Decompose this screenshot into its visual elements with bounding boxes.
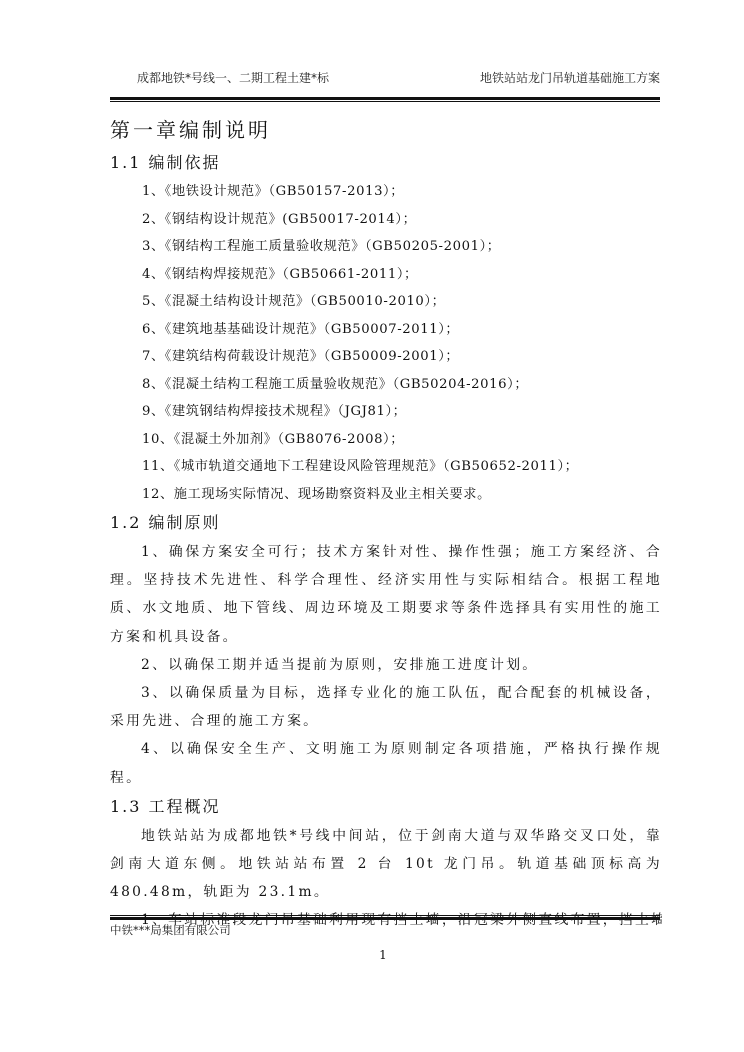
footer-divider-thin [110, 915, 660, 916]
footer-company-name: 中铁***局集团有限公司 [110, 922, 231, 938]
reference-item: 8、《混凝土结构工程施工质量验收规范》（GB50204-2016）； [110, 371, 662, 399]
reference-item: 4、《钢结构焊接规范》（GB50661-2011）； [110, 261, 662, 289]
reference-item: 3、《钢结构工程施工质量验收规范》（GB50205-2001）； [110, 233, 662, 261]
reference-item: 5、《混凝土结构设计规范》（GB50010-2010）； [110, 288, 662, 316]
reference-item: 7、《建筑结构荷载设计规范》（GB50009-2001）； [110, 343, 662, 371]
footer-divider [110, 915, 660, 921]
page-number: 1 [0, 948, 744, 962]
header-divider-thick [110, 97, 660, 100]
chapter-title: 第一章编制说明 [110, 112, 662, 148]
header-divider-thin [110, 101, 660, 102]
header-divider [110, 97, 660, 103]
reference-item: 12、施工现场实际情况、现场勘察资料及业主相关要求。 [110, 481, 662, 509]
reference-item: 1、《地铁设计规范》（GB50157-2013）； [110, 178, 662, 206]
principle-paragraph: 3、以确保质量为目标，选择专业化的施工队伍，配合配套的机械设备，采用先进、合理的… [110, 679, 662, 735]
header-document-title: 地铁站站龙门吊轨道基础施工方案 [480, 69, 660, 86]
section-title-1-3: 1.3 工程概况 [110, 792, 662, 822]
principle-paragraph: 1、确保方案安全可行；技术方案针对性、操作性强；施工方案经济、合理。坚持技术先进… [110, 538, 662, 651]
reference-item: 2、《钢结构设计规范》(GB50017-2014）； [110, 206, 662, 234]
overview-paragraph: 地铁站站为成都地铁*号线中间站，位于剑南大道与双华路交叉口处，靠剑南大道东侧。地… [110, 822, 662, 907]
principle-paragraph: 2、以确保工期并适当提前为原则，安排施工进度计划。 [110, 651, 662, 679]
reference-item: 11、《城市轨道交通地下工程建设风险管理规范》（GB50652-2011）； [110, 453, 662, 481]
section-title-1-1: 1.1 编制依据 [110, 148, 662, 178]
reference-item: 10、《混凝土外加剂》（GB8076-2008）； [110, 426, 662, 454]
principle-paragraph: 4、以确保安全生产、文明施工为原则制定各项措施，严格执行操作规程。 [110, 735, 662, 791]
section-title-1-2: 1.2 编制原则 [110, 508, 662, 538]
document-page: 成都地铁*号线一、二期工程土建*标 地铁站站龙门吊轨道基础施工方案 第一章编制说… [0, 0, 744, 1052]
reference-item: 9、《建筑钢结构焊接技术规程》（JGJ81）； [110, 398, 662, 426]
footer-divider-thick [110, 917, 660, 920]
header-project-name: 成都地铁*号线一、二期工程土建*标 [137, 69, 329, 86]
page-body: 第一章编制说明 1.1 编制依据 1、《地铁设计规范》（GB50157-2013… [110, 112, 662, 935]
reference-list: 1、《地铁设计规范》（GB50157-2013）； 2、《钢结构设计规范》(GB… [110, 178, 662, 508]
reference-item: 6、《建筑地基基础设计规范》（GB50007-2011）； [110, 316, 662, 344]
